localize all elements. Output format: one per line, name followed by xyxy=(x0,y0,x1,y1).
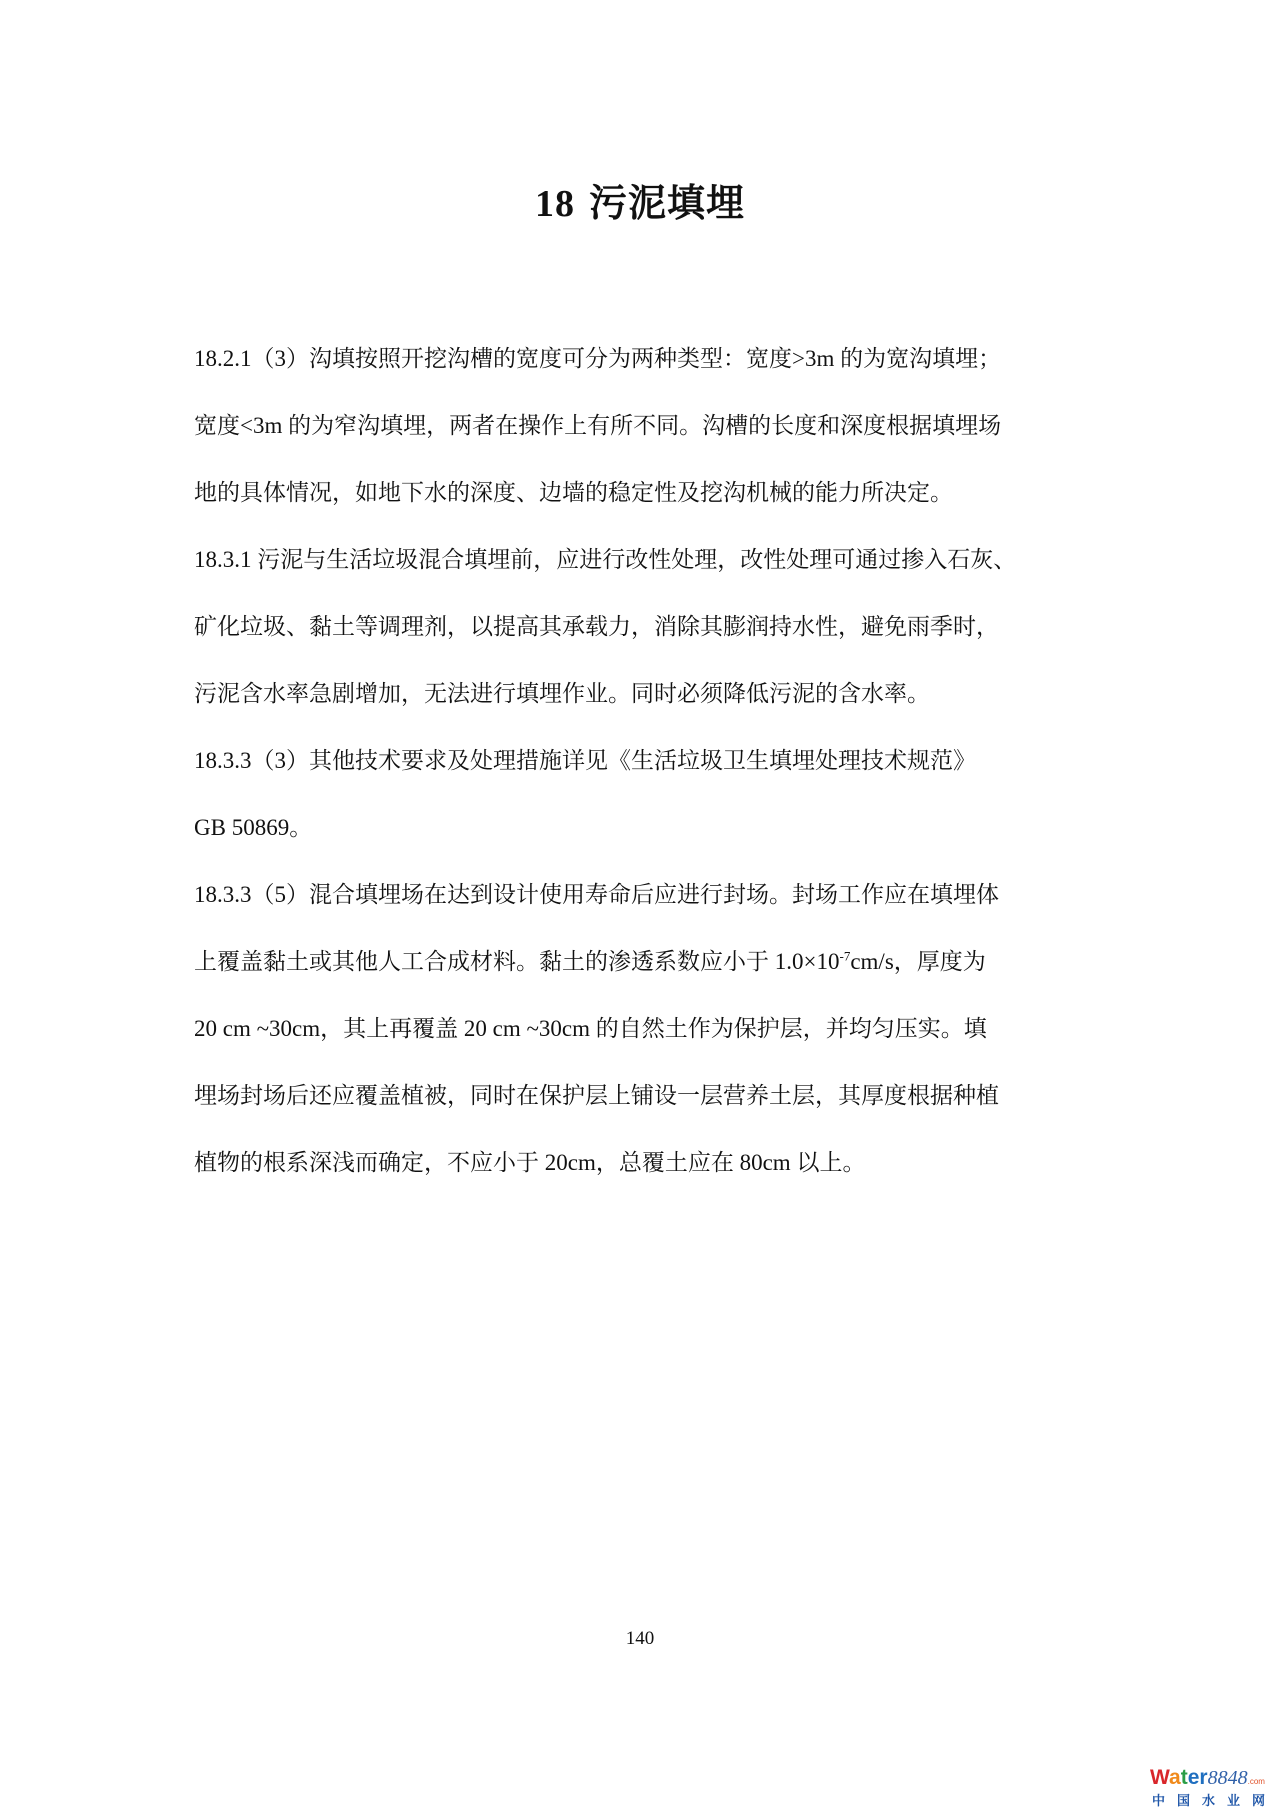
brand-letter: t xyxy=(1181,1766,1188,1789)
chapter-title-text: 污泥填埋 xyxy=(589,183,745,225)
chapter-number: 18 xyxy=(535,183,575,225)
paragraph-18-3-3-3: 18.3.3（3）其他技术要求及处理措施详见《生活垃圾卫生填埋处理技术规范》 G… xyxy=(194,735,1094,869)
brand-letter: a xyxy=(1169,1766,1181,1789)
text-segment: cm/s，厚度为 xyxy=(850,949,985,974)
text-line: 18.3.3（3）其他技术要求及处理措施详见《生活垃圾卫生填埋处理技术规范》 xyxy=(194,735,1094,802)
paragraph-18-3-1: 18.3.1 污泥与生活垃圾混合填埋前，应进行改性处理，改性处理可通过掺入石灰、… xyxy=(194,534,1094,735)
watermark-brand-number: 8848 xyxy=(1208,1767,1248,1789)
text-line: 地的具体情况，如地下水的深度、边墙的稳定性及挖沟机械的能力所决定。 xyxy=(194,467,1094,534)
text-line: 18.3.3（5）混合填埋场在达到设计使用寿命后应进行封场。封场工作应在填埋体 xyxy=(194,869,1094,936)
text-segment: 上覆盖黏土或其他人工合成材料。黏土的渗透系数应小于 1.0×10 xyxy=(194,949,839,974)
watermark-logo: Water8848.com 中国水业网 xyxy=(1150,1766,1280,1810)
page-number: 140 xyxy=(0,1628,1280,1650)
paragraph-18-3-3-5: 18.3.3（5）混合填埋场在达到设计使用寿命后应进行封场。封场工作应在填埋体 … xyxy=(194,869,1094,1204)
chapter-title: 18污泥填埋 xyxy=(0,178,1280,230)
watermark-brand-cn: 中国水业网 xyxy=(1150,1793,1280,1810)
text-line: 污泥含水率急剧增加，无法进行填埋作业。同时必须降低污泥的含水率。 xyxy=(194,668,1094,735)
brand-letter: er xyxy=(1188,1766,1208,1789)
text-line: 植物的根系深浅而确定，不应小于 20cm，总覆土应在 80cm 以上。 xyxy=(194,1137,1094,1204)
text-line: 埋场封场后还应覆盖植被，同时在保护层上铺设一层营养土层，其厚度根据种植 xyxy=(194,1070,1094,1137)
paragraph-18-2-1-3: 18.2.1（3）沟填按照开挖沟槽的宽度可分为两种类型：宽度>3m 的为宽沟填埋… xyxy=(194,333,1094,534)
watermark-brand: Water8848.com xyxy=(1150,1766,1280,1793)
body-text: 18.2.1（3）沟填按照开挖沟槽的宽度可分为两种类型：宽度>3m 的为宽沟填埋… xyxy=(194,333,1094,1204)
text-line: 矿化垃圾、黏土等调理剂，以提高其承载力，消除其膨润持水性，避免雨季时， xyxy=(194,601,1094,668)
brand-letter: W xyxy=(1150,1766,1169,1789)
text-line: 20 cm ~30cm，其上再覆盖 20 cm ~30cm 的自然土作为保护层，… xyxy=(194,1003,1094,1070)
text-line: 宽度<3m 的为窄沟填埋，两者在操作上有所不同。沟槽的长度和深度根据填埋场 xyxy=(194,400,1094,467)
text-line: 上覆盖黏土或其他人工合成材料。黏土的渗透系数应小于 1.0×10-7cm/s，厚… xyxy=(194,936,1094,1003)
exponent: -7 xyxy=(839,948,850,963)
text-line: 18.3.1 污泥与生活垃圾混合填埋前，应进行改性处理，改性处理可通过掺入石灰、 xyxy=(194,534,1094,601)
text-line: GB 50869。 xyxy=(194,802,1094,869)
watermark-brand-suffix: .com xyxy=(1248,1777,1265,1786)
watermark-brand-word: Water xyxy=(1150,1766,1208,1789)
text-line: 18.2.1（3）沟填按照开挖沟槽的宽度可分为两种类型：宽度>3m 的为宽沟填埋… xyxy=(194,333,1094,400)
